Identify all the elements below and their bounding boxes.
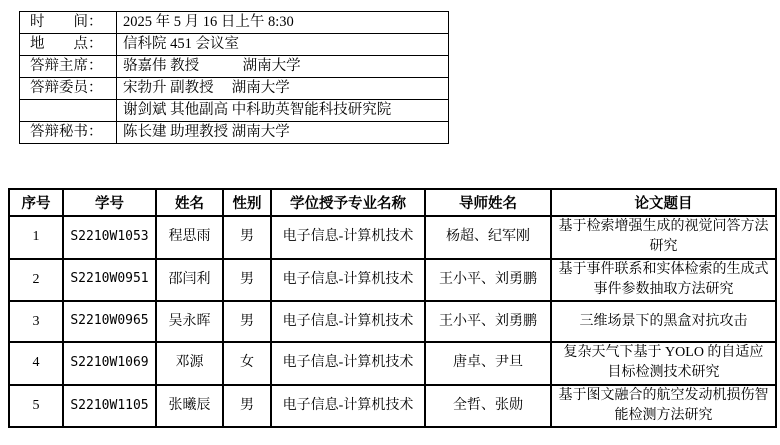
cell-advisors: 全哲、张勋 bbox=[425, 385, 551, 428]
cell-index: 1 bbox=[9, 216, 63, 259]
column-header-index: 序号 bbox=[9, 189, 63, 216]
cell-thesis-title: 三维场景下的黑盒对抗攻击 bbox=[551, 301, 776, 342]
cell-advisors: 唐卓、尹旦 bbox=[425, 342, 551, 385]
student-row: 2S2210W0951邵闫利男电子信息-计算机技术王小平、刘勇鹏基于事件联系和实… bbox=[9, 259, 776, 302]
cell-student-id: S2210W1105 bbox=[63, 385, 156, 428]
cell-student-id: S2210W0965 bbox=[63, 301, 156, 342]
defense-info-row: 答辩主席：骆嘉伟 教授 湖南大学 bbox=[20, 56, 449, 78]
student-row: 1S2210W1053程思雨男电子信息-计算机技术杨超、纪军刚基于检索增强生成的… bbox=[9, 216, 776, 259]
cell-student-id: S2210W1053 bbox=[63, 216, 156, 259]
cell-gender: 女 bbox=[223, 342, 271, 385]
student-row: 5S2210W1105张曦辰男电子信息-计算机技术全哲、张勋基于图文融合的航空发… bbox=[9, 385, 776, 428]
cell-advisors: 王小平、刘勇鹏 bbox=[425, 259, 551, 302]
defense-info-row: 地 点：信科院 451 会议室 bbox=[20, 34, 449, 56]
column-header-advisors: 导师姓名 bbox=[425, 189, 551, 216]
info-label bbox=[20, 100, 117, 122]
cell-thesis-title: 复杂天气下基于 YOLO 的自适应目标检测技术研究 bbox=[551, 342, 776, 385]
column-header-student-id: 学号 bbox=[63, 189, 156, 216]
student-defense-table: 序号 学号 姓名 性别 学位授予专业名称 导师姓名 论文题目 1S2210W10… bbox=[8, 188, 777, 428]
info-value: 谢剑斌 其他副高 中科助英智能科技研究院 bbox=[117, 100, 449, 122]
cell-name: 邓源 bbox=[156, 342, 223, 385]
cell-student-id: S2210W1069 bbox=[63, 342, 156, 385]
cell-advisors: 杨超、纪军刚 bbox=[425, 216, 551, 259]
info-label: 时 间： bbox=[20, 12, 117, 34]
cell-name: 程思雨 bbox=[156, 216, 223, 259]
student-row: 3S2210W0965吴永晖男电子信息-计算机技术王小平、刘勇鹏三维场景下的黑盒… bbox=[9, 301, 776, 342]
defense-info-row: 谢剑斌 其他副高 中科助英智能科技研究院 bbox=[20, 100, 449, 122]
cell-thesis-title: 基于图文融合的航空发动机损伤智能检测方法研究 bbox=[551, 385, 776, 428]
cell-major: 电子信息-计算机技术 bbox=[271, 259, 425, 302]
cell-thesis-title: 基于事件联系和实体检索的生成式事件参数抽取方法研究 bbox=[551, 259, 776, 302]
defense-info-row: 答辩秘书：陈长建 助理教授 湖南大学 bbox=[20, 122, 449, 144]
column-header-thesis-title: 论文题目 bbox=[551, 189, 776, 216]
cell-name: 吴永晖 bbox=[156, 301, 223, 342]
cell-student-id: S2210W0951 bbox=[63, 259, 156, 302]
info-value: 宋勃升 副教授 湖南大学 bbox=[117, 78, 449, 100]
roster-header-row: 序号 学号 姓名 性别 学位授予专业名称 导师姓名 论文题目 bbox=[9, 189, 776, 216]
info-label: 答辩秘书： bbox=[20, 122, 117, 144]
info-value: 骆嘉伟 教授 湖南大学 bbox=[117, 56, 449, 78]
cell-major: 电子信息-计算机技术 bbox=[271, 301, 425, 342]
defense-info-table-body: 时 间：2025 年 5 月 16 日上午 8:30地 点：信科院 451 会议… bbox=[20, 12, 449, 144]
cell-index: 5 bbox=[9, 385, 63, 428]
column-header-gender: 性别 bbox=[223, 189, 271, 216]
cell-index: 3 bbox=[9, 301, 63, 342]
info-value: 信科院 451 会议室 bbox=[117, 34, 449, 56]
info-label: 答辩委员： bbox=[20, 78, 117, 100]
info-label: 地 点： bbox=[20, 34, 117, 56]
cell-gender: 男 bbox=[223, 301, 271, 342]
column-header-name: 姓名 bbox=[156, 189, 223, 216]
cell-advisors: 王小平、刘勇鹏 bbox=[425, 301, 551, 342]
info-value: 2025 年 5 月 16 日上午 8:30 bbox=[117, 12, 449, 34]
defense-info-row: 答辩委员：宋勃升 副教授 湖南大学 bbox=[20, 78, 449, 100]
student-defense-table-body: 1S2210W1053程思雨男电子信息-计算机技术杨超、纪军刚基于检索增强生成的… bbox=[9, 216, 776, 427]
cell-thesis-title: 基于检索增强生成的视觉问答方法研究 bbox=[551, 216, 776, 259]
defense-info-row: 时 间：2025 年 5 月 16 日上午 8:30 bbox=[20, 12, 449, 34]
cell-gender: 男 bbox=[223, 216, 271, 259]
cell-major: 电子信息-计算机技术 bbox=[271, 342, 425, 385]
info-value: 陈长建 助理教授 湖南大学 bbox=[117, 122, 449, 144]
document-page: { "colors": { "background": "#ffffff", "… bbox=[0, 0, 780, 445]
cell-name: 张曦辰 bbox=[156, 385, 223, 428]
cell-major: 电子信息-计算机技术 bbox=[271, 385, 425, 428]
cell-name: 邵闫利 bbox=[156, 259, 223, 302]
cell-gender: 男 bbox=[223, 259, 271, 302]
defense-info-table: 时 间：2025 年 5 月 16 日上午 8:30地 点：信科院 451 会议… bbox=[19, 11, 449, 144]
cell-major: 电子信息-计算机技术 bbox=[271, 216, 425, 259]
cell-index: 2 bbox=[9, 259, 63, 302]
cell-index: 4 bbox=[9, 342, 63, 385]
info-label: 答辩主席： bbox=[20, 56, 117, 78]
column-header-major: 学位授予专业名称 bbox=[271, 189, 425, 216]
student-row: 4S2210W1069邓源女电子信息-计算机技术唐卓、尹旦复杂天气下基于 YOL… bbox=[9, 342, 776, 385]
cell-gender: 男 bbox=[223, 385, 271, 428]
